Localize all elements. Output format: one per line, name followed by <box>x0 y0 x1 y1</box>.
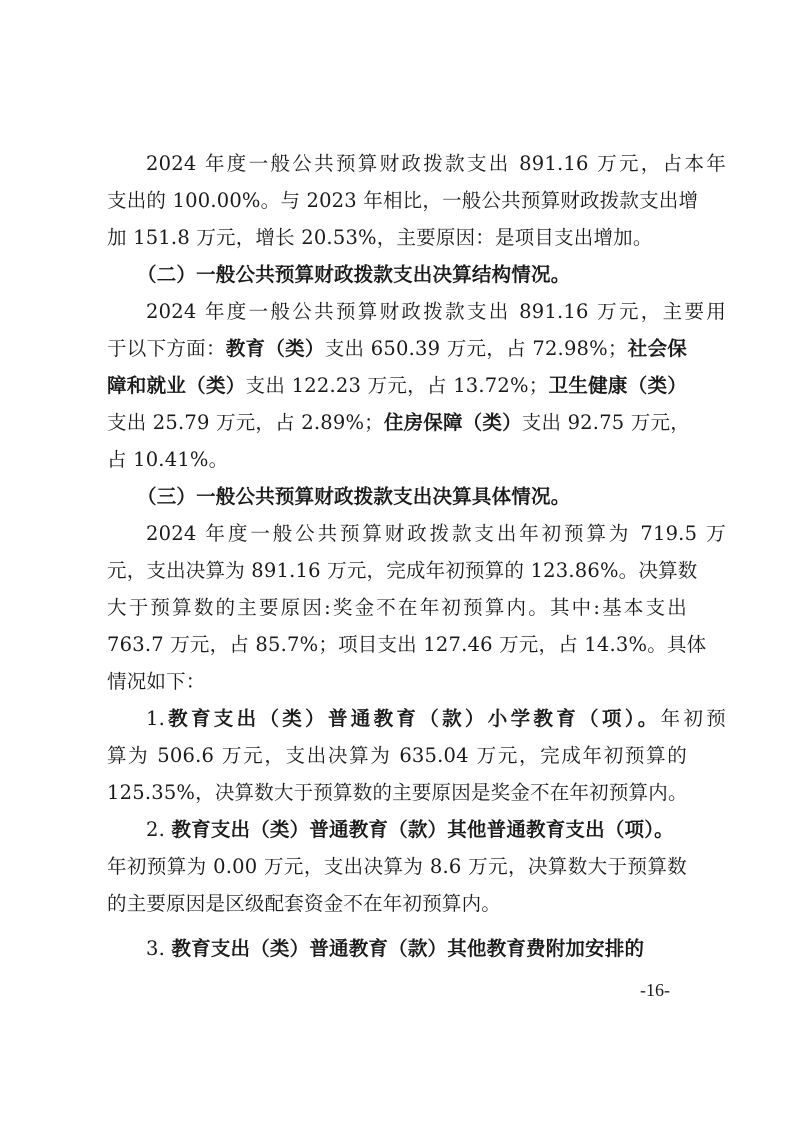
item-3-title-line: 3. 教育支出（类）普通教育（款）其他教育费附加安排的 <box>107 930 726 967</box>
paragraph-line: 算为 506.6 万元，支出决算为 635.04 万元，完成年初预算的 <box>107 737 687 774</box>
text: 于以下方面： <box>107 337 226 360</box>
page-number: -16- <box>640 980 670 1001</box>
item-title: 教育支出（类）普通教育（款）小学教育（项）。 <box>165 707 661 730</box>
paragraph-line: 占 10.41%。 <box>107 441 687 478</box>
category-housing: 住房保障（类） <box>384 411 522 434</box>
paragraph-line: 2024 年度一般公共预算财政拨款支出年初预算为 719.5 万 <box>107 515 726 552</box>
paragraph-line: 障和就业（类）支出 122.23 万元，占 13.72%；卫生健康（类） <box>107 367 687 404</box>
paragraph-line: 元，支出决算为 891.16 万元，完成年初预算的 123.86%。决算数 <box>107 552 687 589</box>
paragraph-line: 年初预算为 0.00 万元，支出决算为 8.6 万元，决算数大于预算数 <box>107 848 687 885</box>
paragraph-line: 125.35%，决算数大于预算数的主要原因是奖金不在年初预算内。 <box>107 774 687 811</box>
item-number: 1. <box>146 707 165 730</box>
paragraph-line: 加 151.8 万元，增长 20.53%，主要原因：是项目支出增加。 <box>107 219 687 256</box>
text: 支出 650.39 万元，占 72.98%； <box>325 337 628 360</box>
item-title: 教育支出（类）普通教育（款）其他教育费附加安排的 <box>171 937 644 960</box>
paragraph-line: 763.7 万元，占 85.7%；项目支出 127.46 万元，占 14.3%。… <box>107 626 687 663</box>
category-education: 教育（类） <box>226 337 325 360</box>
paragraph-line: 于以下方面：教育（类）支出 650.39 万元，占 72.98%；社会保 <box>107 330 687 367</box>
text: 支出 92.75 万元， <box>522 411 690 434</box>
category-social-security: 社会保 <box>628 337 687 360</box>
item-number: 2. <box>146 818 165 841</box>
paragraph-line: 支出 25.79 万元，占 2.89%；住房保障（类）支出 92.75 万元， <box>107 404 687 441</box>
item-2-title-line: 2. 教育支出（类）普通教育（款）其他普通教育支出（项）。 <box>107 811 726 848</box>
text: 支出 25.79 万元，占 2.89%； <box>107 411 384 434</box>
paragraph-line: 2024 年度一般公共预算财政拨款支出 891.16 万元，占本年 <box>107 145 726 182</box>
text: 年初预 <box>661 707 726 730</box>
paragraph-line: 2024 年度一般公共预算财政拨款支出 891.16 万元，主要用 <box>107 293 726 330</box>
category-social-security: 障和就业（类） <box>107 374 246 397</box>
paragraph-line: 支出的 100.00%。与 2023 年相比，一般公共预算财政拨款支出增 <box>107 182 687 219</box>
section-heading-structure: （二）一般公共预算财政拨款支出决算结构情况。 <box>107 256 717 293</box>
item-number: 3. <box>146 937 165 960</box>
section-heading-detail: （三）一般公共预算财政拨款支出决算具体情况。 <box>107 478 717 515</box>
paragraph-line: 的主要原因是区级配套资金不在年初预算内。 <box>107 885 687 922</box>
paragraph-line: 大于预算数的主要原因:奖金不在年初预算内。其中:基本支出 <box>107 589 687 626</box>
category-health: 卫生健康（类） <box>548 374 687 397</box>
item-title: 教育支出（类）普通教育（款）其他普通教育支出（项）。 <box>171 818 673 841</box>
text: 支出 122.23 万元，占 13.72%； <box>246 374 549 397</box>
paragraph-line: 情况如下： <box>107 663 687 700</box>
item-1-title-line: 1.教育支出（类）普通教育（款）小学教育（项）。年初预 <box>107 700 726 737</box>
